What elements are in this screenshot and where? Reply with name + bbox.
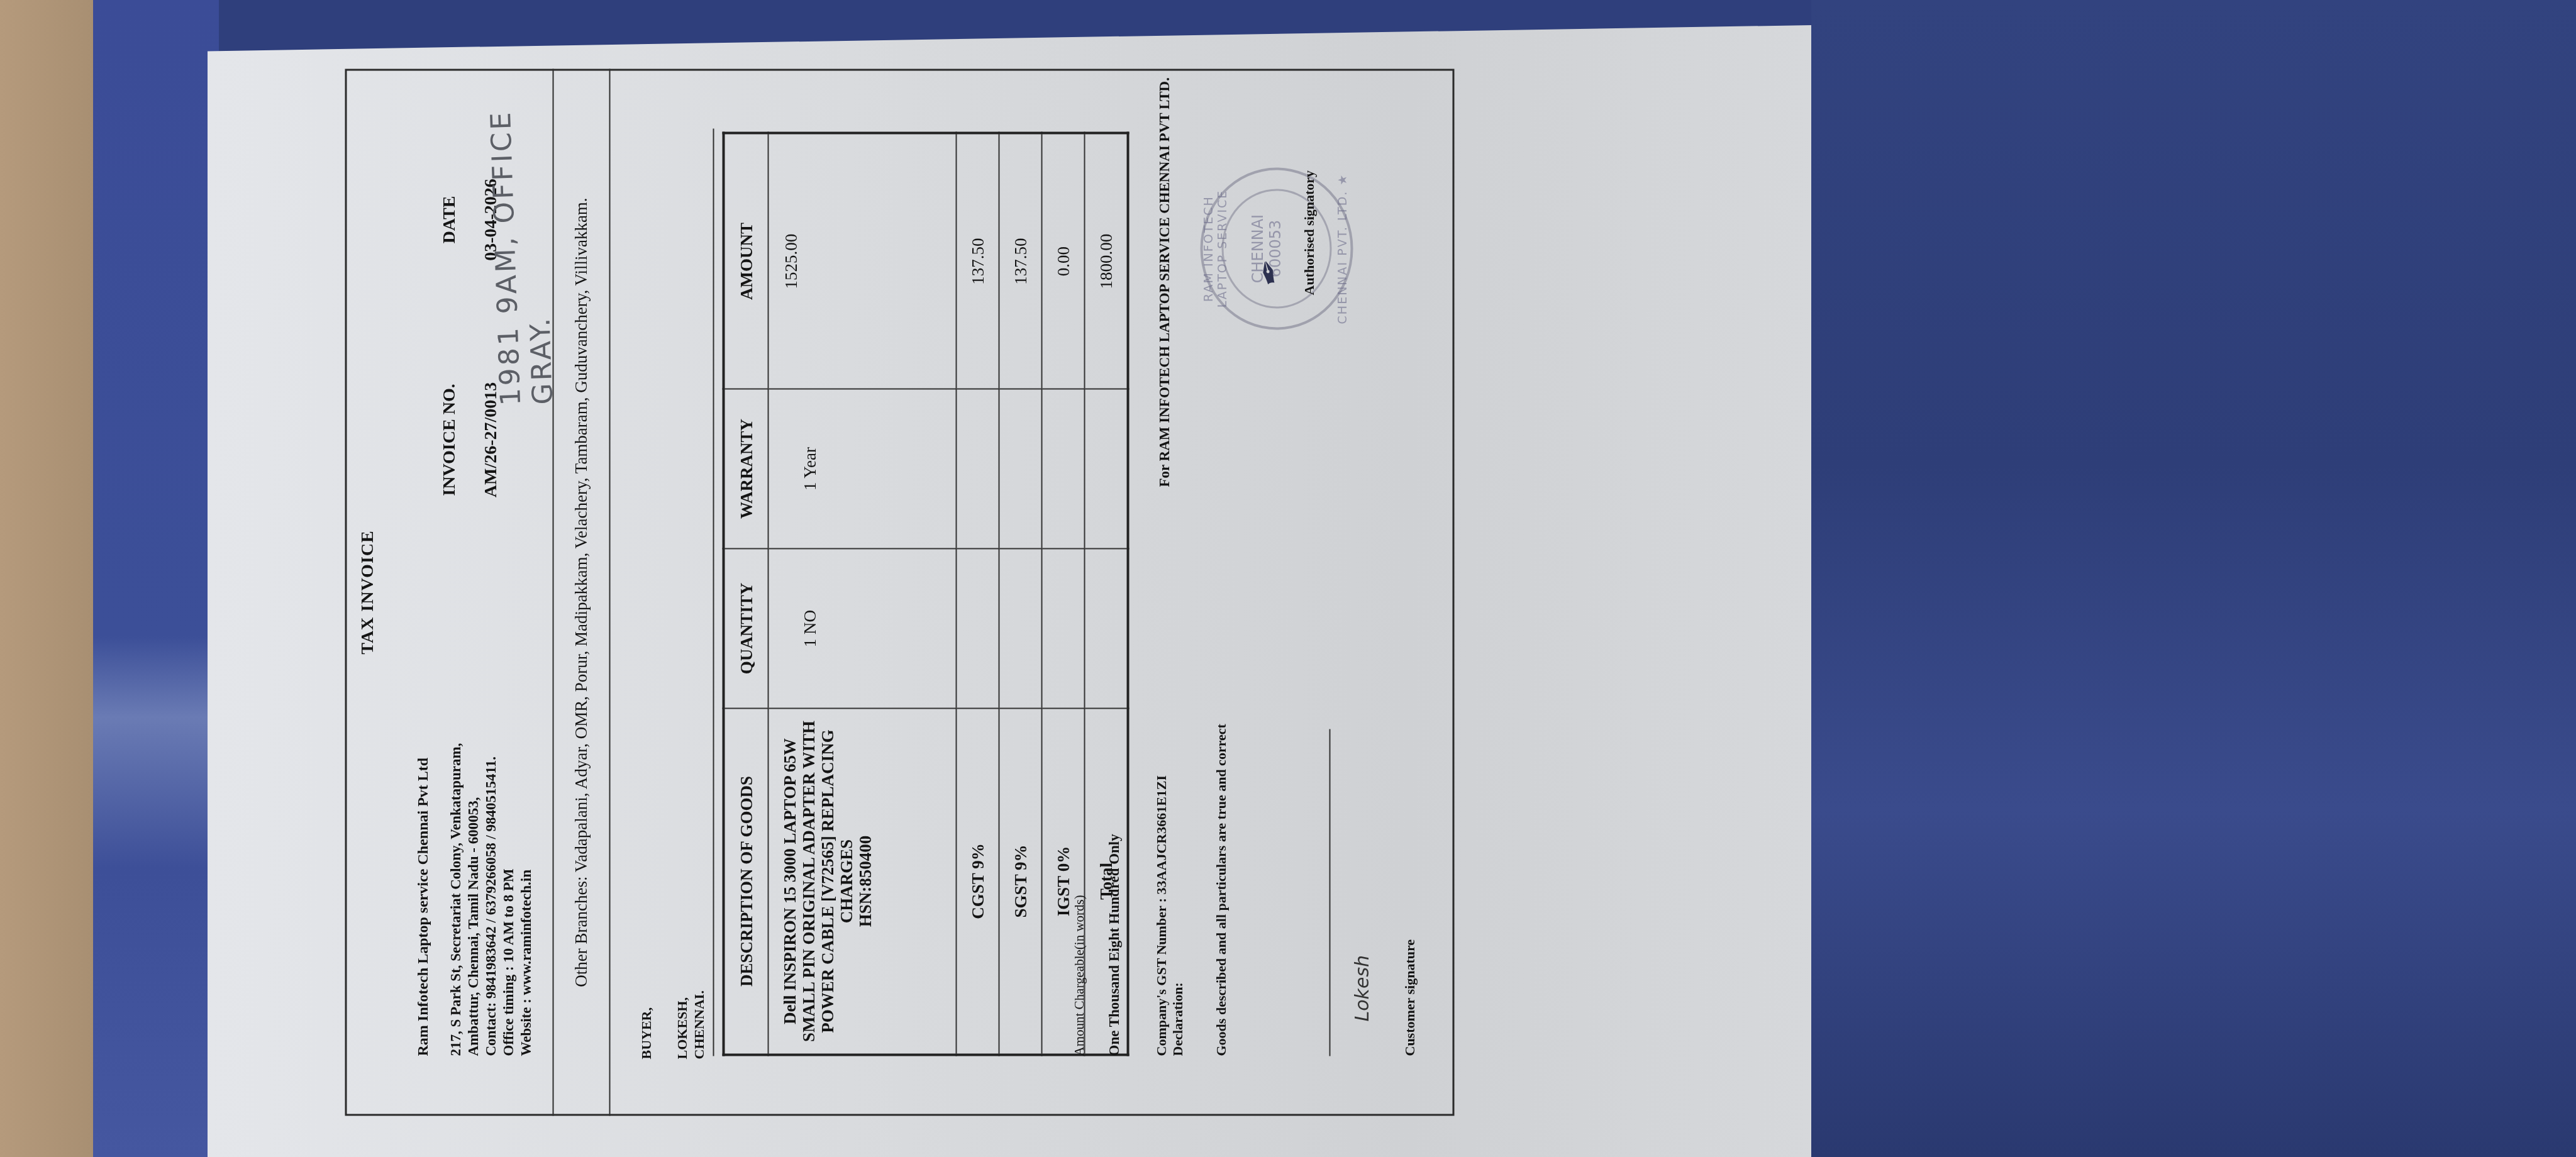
amount-in-words: One Thousand Eight Hundred Only	[1106, 834, 1123, 1056]
authorised-signatory: Authorised signatory	[1301, 170, 1318, 296]
item-description: Dell INSPIRON 15 3000 LAPTOP 65W SMALL P…	[780, 718, 856, 1045]
seller-contact: Contact: 9841983642 / 6379266058 / 98405…	[482, 541, 500, 1056]
seller-block: Ram Infotech Laptop service Chennai Pvt …	[414, 541, 535, 1056]
buyer-city: CHENNAI.	[691, 990, 708, 1059]
buyer-block: BUYER, LOKESH, CHENNAI.	[638, 990, 708, 1059]
date-label: DATE	[440, 110, 460, 330]
invoice-no-label: INVOICE NO.	[440, 330, 460, 550]
item-description-cell: Dell INSPIRON 15 3000 LAPTOP 65W SMALL P…	[769, 709, 957, 1055]
tax-row-cgst: CGST 9% 137.50	[957, 133, 999, 1055]
tax-amount: 137.50	[999, 133, 1042, 389]
for-company: For RAM INFOTECH LAPTOP SERVICE CHENNAI …	[1157, 77, 1173, 487]
col-warranty: WARRANTY	[724, 389, 769, 549]
tax-row-sgst: SGST 9% 137.50	[999, 133, 1042, 1055]
blue-folder-right	[1811, 0, 2576, 1157]
declaration-label: Declaration:	[1170, 775, 1186, 1056]
handwritten-note: 1981 9AM, OFFICE GRAY.	[484, 90, 559, 406]
customer-signature-mark: Lokesh	[1352, 955, 1374, 1022]
invoice-title: TAX INVOICE	[358, 69, 378, 1116]
amount-in-words-label: Amount Chargeable(in words)	[1072, 895, 1087, 1056]
seller-name: Ram Infotech Laptop service Chennai Pvt …	[414, 541, 432, 1056]
other-branches: Other Branches: Vadapalani, Adyar, OMR, …	[572, 69, 591, 1116]
gst-number: Company's GST Number : 33AAJCR3661E1ZI	[1153, 775, 1170, 1056]
gst-block: Company's GST Number : 33AAJCR3661E1ZI D…	[1153, 775, 1186, 1056]
col-description: DESCRIPTION OF GOODS	[724, 709, 769, 1055]
total-amount: 1800.00	[1085, 133, 1128, 389]
col-amount: AMOUNT	[724, 133, 769, 389]
blue-folder-left	[93, 0, 219, 1157]
seller-office-timing: Office timing : 10 AM to 8 PM	[500, 541, 518, 1056]
declaration-text: Goods described and all particulars are …	[1213, 724, 1230, 1056]
table-row: Dell INSPIRON 15 3000 LAPTOP 65W SMALL P…	[769, 133, 957, 1055]
items-table: DESCRIPTION OF GOODS QUANTITY WARRANTY A…	[723, 132, 1130, 1056]
stamp-pin: 600053	[1267, 191, 1284, 307]
tax-label: CGST 9%	[957, 709, 999, 1055]
customer-signature-label: Customer signature	[1402, 939, 1418, 1056]
tax-invoice: TAX INVOICE Ram Infotech Laptop service …	[345, 69, 1455, 1116]
table-surface	[0, 0, 93, 1157]
signature-line	[1330, 729, 1331, 1056]
seller-address-line: 217, S Park St, Secretariat Colony, Venk…	[447, 541, 465, 1056]
item-quantity: 1 NO	[769, 549, 957, 709]
tax-label: SGST 9%	[999, 709, 1042, 1055]
tax-amount: 0.00	[1042, 133, 1085, 389]
buyer-name: LOKESH,	[674, 990, 691, 1059]
company-stamp: RAM INFOTECH LAPTOP SERVICE CHENNAI 6000…	[1201, 168, 1353, 330]
item-amount: 1525.00	[769, 133, 957, 389]
seller-address-line: Ambattur, Chennai, Tamil Nadu - 600053,	[465, 541, 482, 1056]
divider	[553, 69, 554, 1116]
seller-website: Website : www.raminfotech.in	[518, 541, 535, 1056]
tax-amount: 137.50	[957, 133, 999, 389]
stamp-ring-bottom: CHENNAI PVT. LTD. ★	[1336, 170, 1350, 328]
item-hsn: HSN:850400	[856, 718, 875, 1045]
buyer-label: BUYER,	[638, 990, 655, 1059]
divider	[609, 69, 611, 1116]
col-quantity: QUANTITY	[724, 549, 769, 709]
item-warranty: 1 Year	[769, 389, 957, 549]
divider	[713, 129, 714, 1056]
